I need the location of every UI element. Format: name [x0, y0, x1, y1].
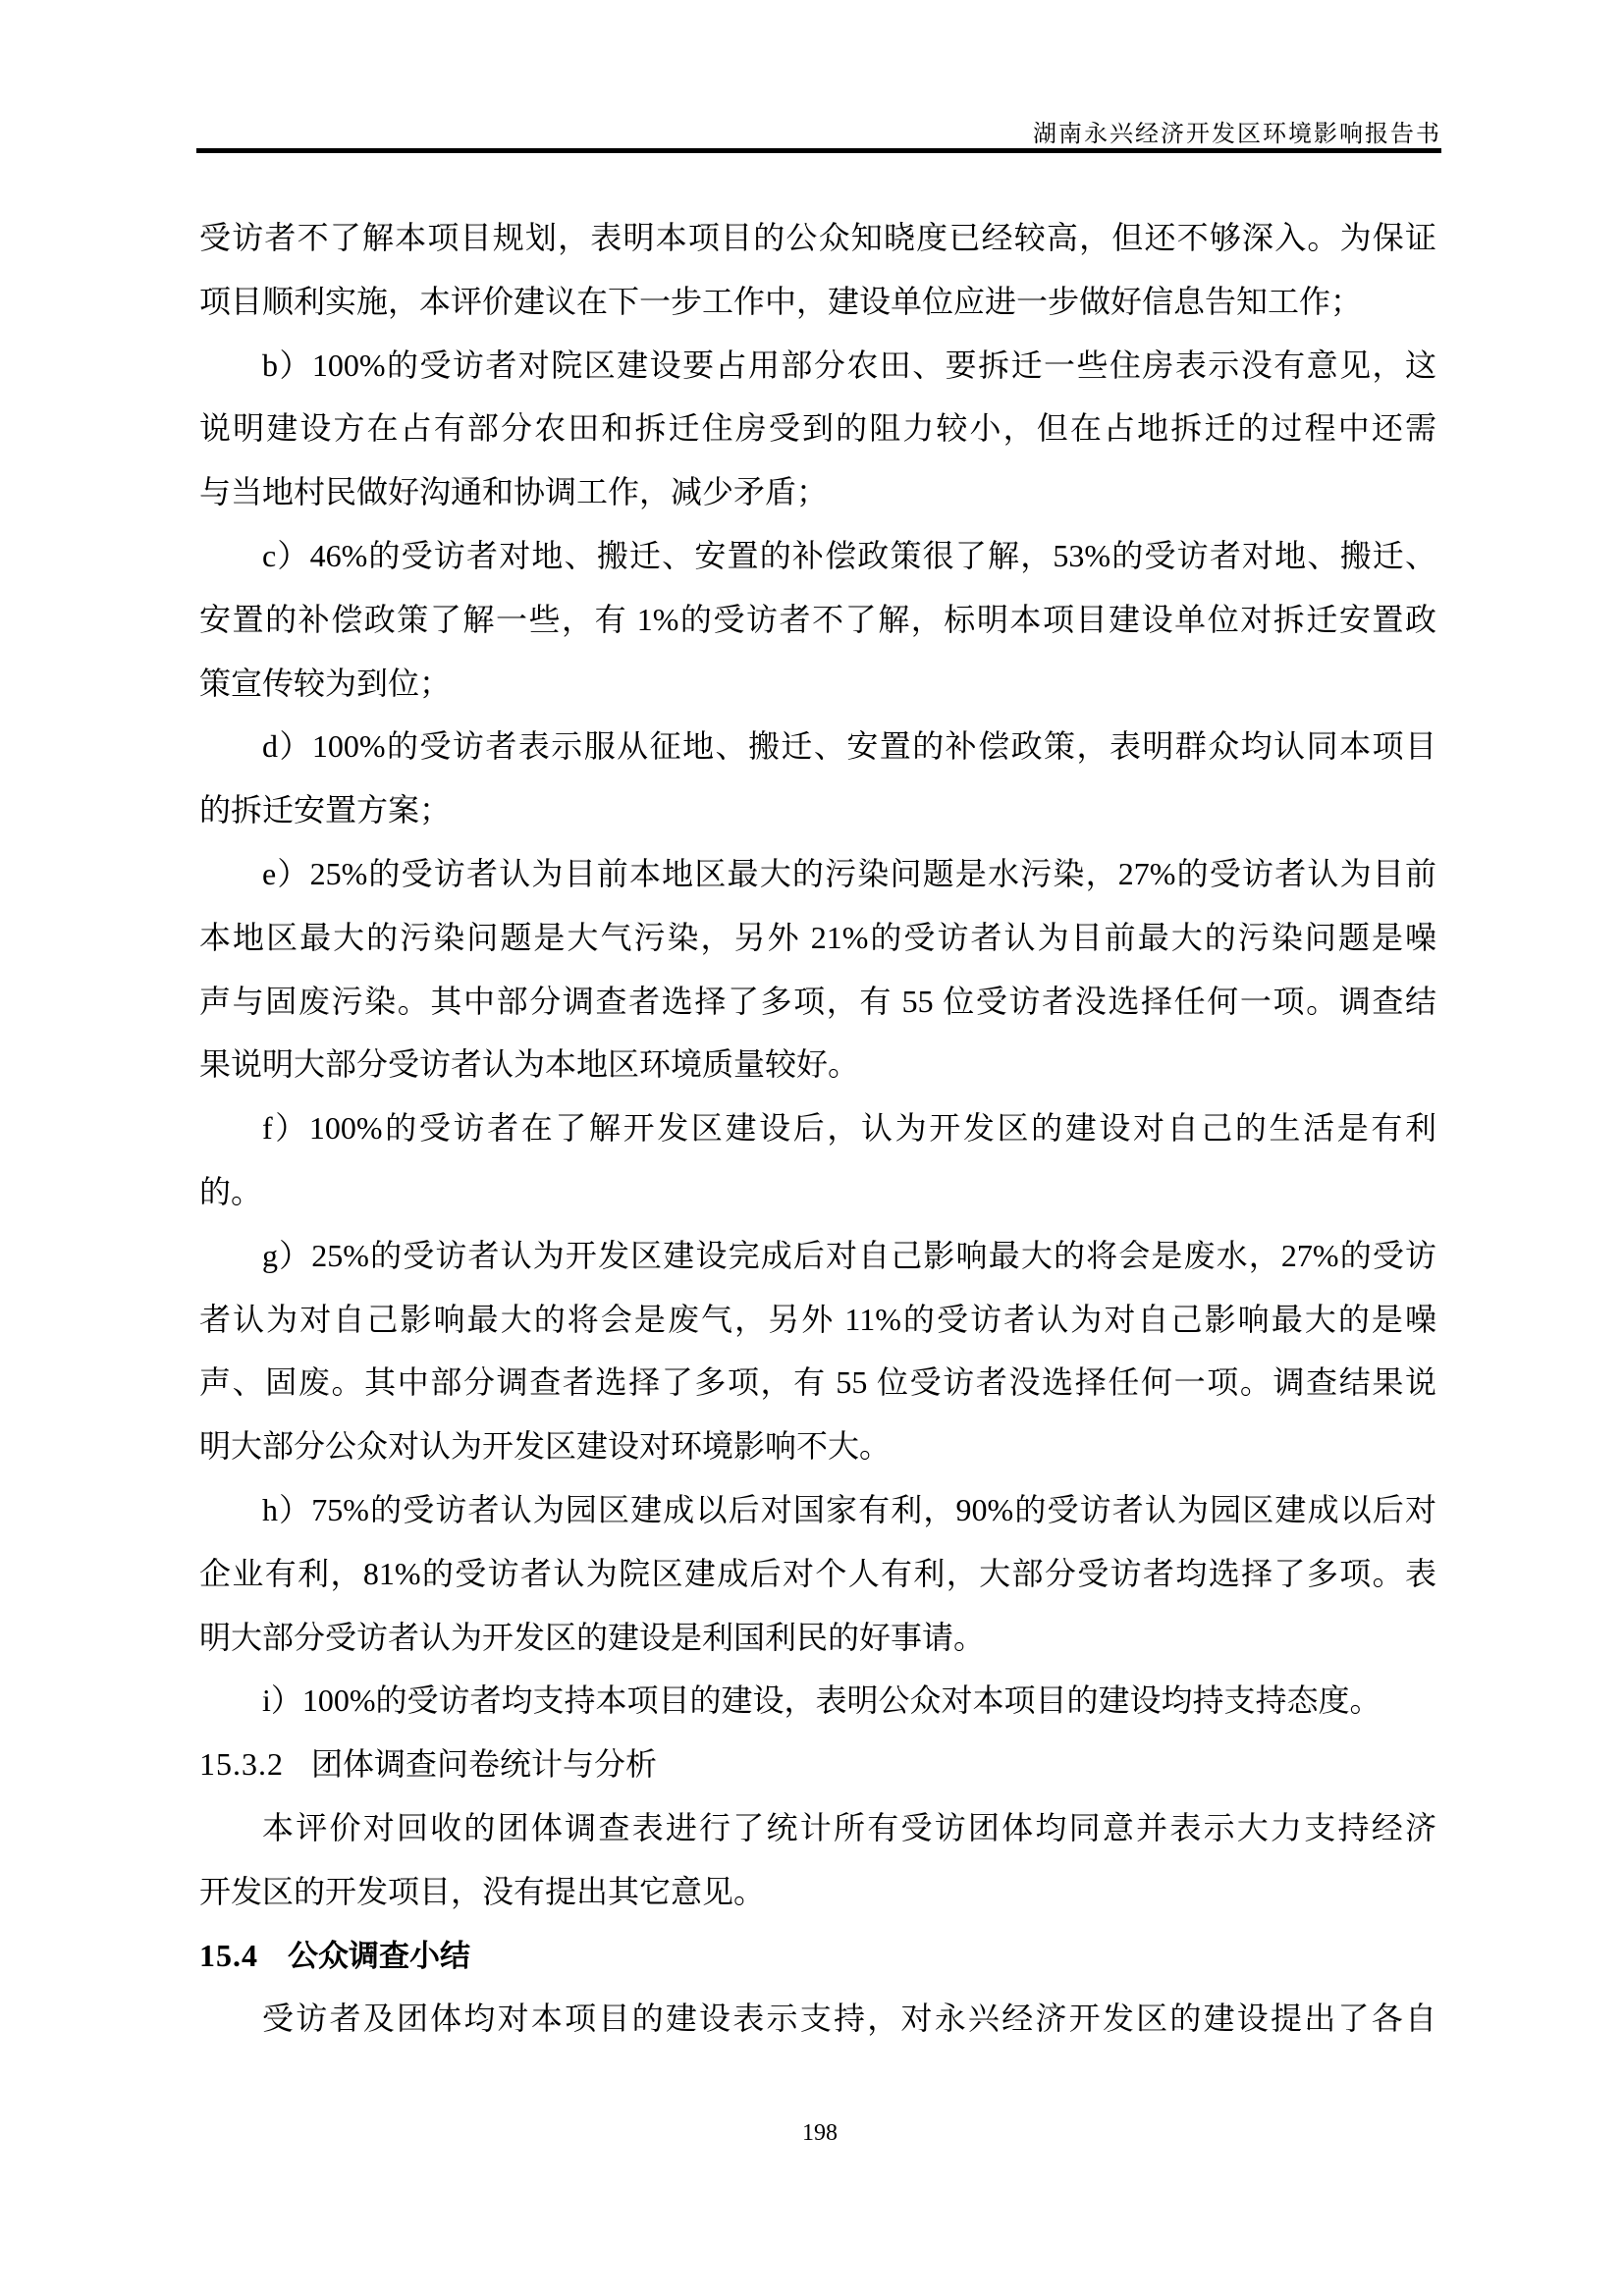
paragraph-line: 本评价对回收的团体调查表进行了统计所有受访团体均同意并表示大力支持经济	[199, 1796, 1436, 1860]
paragraph-line: f）100%的受访者在了解开发区建设后，认为开发区的建设对自己的生活是有利	[199, 1096, 1436, 1160]
paragraph-line: b）100%的受访者对院区建设要占用部分农田、要拆迁一些住房表示没有意见，这	[199, 334, 1436, 398]
paragraph-line: 的拆迁安置方案；	[199, 778, 1436, 842]
paragraph-line: g）25%的受访者认为开发区建设完成后对自己影响最大的将会是废水，27%的受访	[199, 1224, 1436, 1288]
section-title: 公众调查小结	[288, 1939, 470, 1973]
paragraph-line: 声与固废污染。其中部分调查者选择了多项，有 55 位受访者没选择任何一项。调查结	[199, 970, 1436, 1034]
section-number: 15.3.2	[199, 1746, 284, 1782]
paragraph-line: 者认为对自己影响最大的将会是废气，另外 11%的受访者认为对自己影响最大的是噪	[199, 1288, 1436, 1352]
paragraph-line: 企业有利，81%的受访者认为院区建成后对个人有利，大部分受访者均选择了多项。表	[199, 1542, 1436, 1606]
document-body: 受访者不了解本项目规划，表明本项目的公众知晓度已经较高，但还不够深入。为保证 项…	[199, 206, 1436, 2051]
paragraph-line: 策宣传较为到位；	[199, 652, 1436, 716]
paragraph-line: 声、固废。其中部分调查者选择了多项，有 55 位受访者没选择任何一项。调查结果说	[199, 1351, 1436, 1415]
section-heading-15-4: 15.4公众调查小结	[199, 1924, 1436, 1988]
paragraph-line: 说明建设方在占有部分农田和拆迁住房受到的阻力较小，但在占地拆迁的过程中还需	[199, 397, 1436, 460]
paragraph-line: 受访者不了解本项目规划，表明本项目的公众知晓度已经较高，但还不够深入。为保证	[199, 206, 1436, 270]
paragraph-line: c）46%的受访者对地、搬迁、安置的补偿政策很了解，53%的受访者对地、搬迁、	[199, 524, 1436, 588]
paragraph-line: 本地区最大的污染问题是大气污染，另外 21%的受访者认为目前最大的污染问题是噪	[199, 906, 1436, 970]
paragraph-line: 明大部分受访者认为开发区的建设是利国利民的好事请。	[199, 1606, 1436, 1670]
paragraph-line: h）75%的受访者认为园区建成以后对国家有利，90%的受访者认为园区建成以后对	[199, 1478, 1436, 1542]
section-heading-15-3-2: 15.3.2团体调查问卷统计与分析	[199, 1733, 1436, 1796]
paragraph-line: 受访者及团体均对本项目的建设表示支持，对永兴经济开发区的建设提出了各自	[199, 1987, 1436, 2051]
section-title: 团体调查问卷统计与分析	[311, 1746, 657, 1782]
document-page: 湖南永兴经济开发区环境影响报告书 受访者不了解本项目规划，表明本项目的公众知晓度…	[0, 0, 1624, 2296]
paragraph-line: 项目顺利实施，本评价建议在下一步工作中，建设单位应进一步做好信息告知工作；	[199, 270, 1436, 334]
paragraph-line: i）100%的受访者均支持本项目的建设，表明公众对本项目的建设均持支持态度。	[199, 1669, 1436, 1733]
header-rule	[196, 148, 1441, 153]
paragraph-line: 明大部分公众对认为开发区建设对环境影响不大。	[199, 1415, 1436, 1478]
paragraph-line: 开发区的开发项目，没有提出其它意见。	[199, 1860, 1436, 1924]
page-number: 198	[0, 2120, 1624, 2147]
section-number: 15.4	[199, 1938, 258, 1973]
paragraph-line: 与当地村民做好沟通和协调工作，减少矛盾；	[199, 460, 1436, 524]
paragraph-line: 的。	[199, 1160, 1436, 1224]
paragraph-line: d）100%的受访者表示服从征地、搬迁、安置的补偿政策，表明群众均认同本项目	[199, 715, 1436, 778]
paragraph-line: 安置的补偿政策了解一些，有 1%的受访者不了解，标明本项目建设单位对拆迁安置政	[199, 588, 1436, 652]
header-title: 湖南永兴经济开发区环境影响报告书	[1033, 114, 1441, 148]
paragraph-line: 果说明大部分受访者认为本地区环境质量较好。	[199, 1033, 1436, 1096]
paragraph-line: e）25%的受访者认为目前本地区最大的污染问题是水污染，27%的受访者认为目前	[199, 842, 1436, 906]
